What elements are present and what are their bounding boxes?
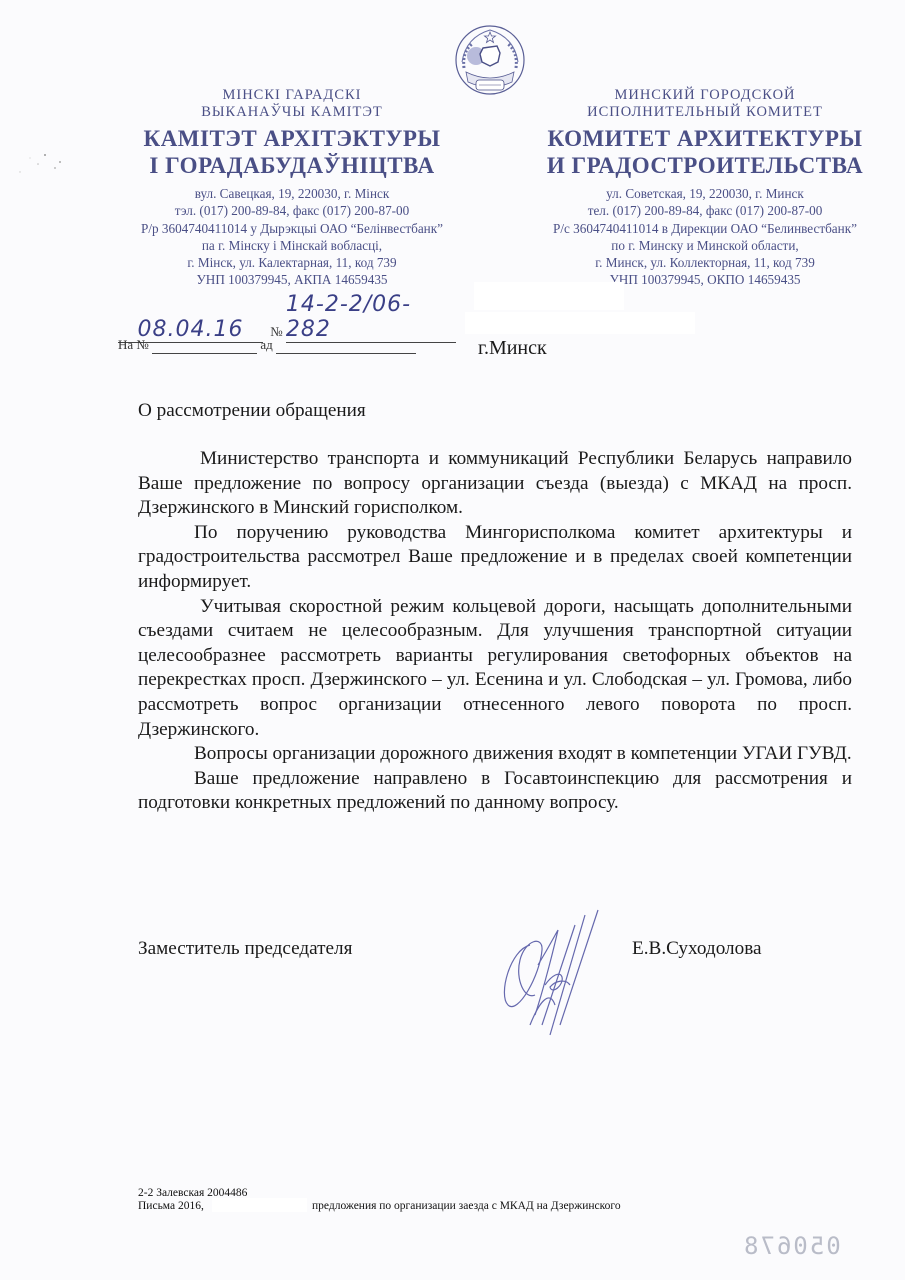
address-line: па г. Мінску і Мінскай вобласці, <box>92 237 492 254</box>
paragraph: Учитывая скоростной режим кольцевой доро… <box>138 595 852 743</box>
header-russian: МИНСКИЙ ГОРОДСКОЙ ИСПОЛНИТЕЛЬНЫЙ КОМИТЕТ… <box>505 87 905 289</box>
letter-body: Министерство транспорта и коммуникаций Р… <box>138 447 852 816</box>
address-block-ru: ул. Советская, 19, 220030, г. Минск тел.… <box>505 185 905 289</box>
reply-reference-line: На № ад <box>118 337 416 354</box>
address-line: г. Минск, ул. Коллекторная, 11, код 739 <box>505 254 905 271</box>
stamp-number-bleedthrough: 050678 <box>742 1232 841 1260</box>
org-line1-by: МІНСКІ ГАРАДСКІ <box>92 87 492 104</box>
paragraph: Министерство транспорта и коммуникаций Р… <box>138 447 852 521</box>
paragraph: По поручению руководства Мингорисполкома… <box>138 521 852 595</box>
registration-line: 08.04.16 № 14-2-2/06-282 <box>118 292 456 343</box>
committee-title1-by: КАМІТЭТ АРХІТЭКТУРЫ <box>92 125 492 152</box>
address-line: тэл. (017) 200-89-84, факс (017) 200-87-… <box>92 202 492 219</box>
address-block-by: вул. Савецкая, 19, 220030, г. Мінск тэл.… <box>92 185 492 289</box>
paragraph: Вопросы организации дорожного движения в… <box>138 742 852 767</box>
address-line: г. Мінск, ул. Калектарная, 11, код 739 <box>92 254 492 271</box>
header-belarusian: МІНСКІ ГАРАДСКІ ВЫКАНАЎЧЫ КАМІТЭТ КАМІТЭ… <box>92 87 492 289</box>
address-line: тел. (017) 200-89-84, факс (017) 200-87-… <box>505 202 905 219</box>
committee-title1-ru: КОМИТЕТ АРХИТЕКТУРЫ <box>505 125 905 152</box>
org-line1-ru: МИНСКИЙ ГОРОДСКОЙ <box>505 87 905 104</box>
org-line2-ru: ИСПОЛНИТЕЛЬНЫЙ КОМИТЕТ <box>505 104 905 121</box>
committee-title2-ru: И ГРАДОСТРОИТЕЛЬСТВА <box>505 152 905 179</box>
reply-to-label: На № <box>118 337 149 352</box>
handwritten-number: 14-2-2/06-282 <box>286 292 411 342</box>
reply-date-field <box>276 337 416 354</box>
file-reference-suffix: предложения по организации заезда с МКАД… <box>312 1200 621 1213</box>
signatory-position: Заместитель председателя <box>138 938 352 960</box>
address-line: Р/с 3604740411014 в Дирекции ОАО “Белинв… <box>505 220 905 237</box>
number-field: 14-2-2/06-282 <box>286 292 456 343</box>
signatory-name: Е.В.Суходолова <box>632 938 762 960</box>
committee-title2-by: І ГОРАДАБУДАЎНІЦТВА <box>92 152 492 179</box>
scan-specks <box>10 150 70 180</box>
address-line: по г. Минску и Минской области, <box>505 237 905 254</box>
file-reference-prefix: Письма 2016, <box>138 1200 204 1213</box>
address-line: ул. Советская, 19, 220030, г. Минск <box>505 185 905 202</box>
reply-number-field <box>152 337 257 354</box>
address-line: вул. Савецкая, 19, 220030, г. Мінск <box>92 185 492 202</box>
from-label: ад <box>260 337 272 352</box>
subject-line: О рассмотрении обращения <box>138 400 366 422</box>
paragraph: Ваше предложение направлено в Госавтоинс… <box>138 767 852 816</box>
redacted-recipient-line1 <box>474 282 624 310</box>
address-line: УНП 100379945, АКПА 14659435 <box>92 271 492 288</box>
redacted-footer-name <box>212 1198 307 1212</box>
address-line: Р/р 3604740411014 у Дырэкцыі ОАО “Белінв… <box>92 220 492 237</box>
city: г.Минск <box>478 337 547 360</box>
org-line2-by: ВЫКАНАЎЧЫ КАМІТЭТ <box>92 104 492 121</box>
redacted-recipient-line2 <box>465 312 695 334</box>
handwritten-signature-icon <box>480 905 620 1045</box>
